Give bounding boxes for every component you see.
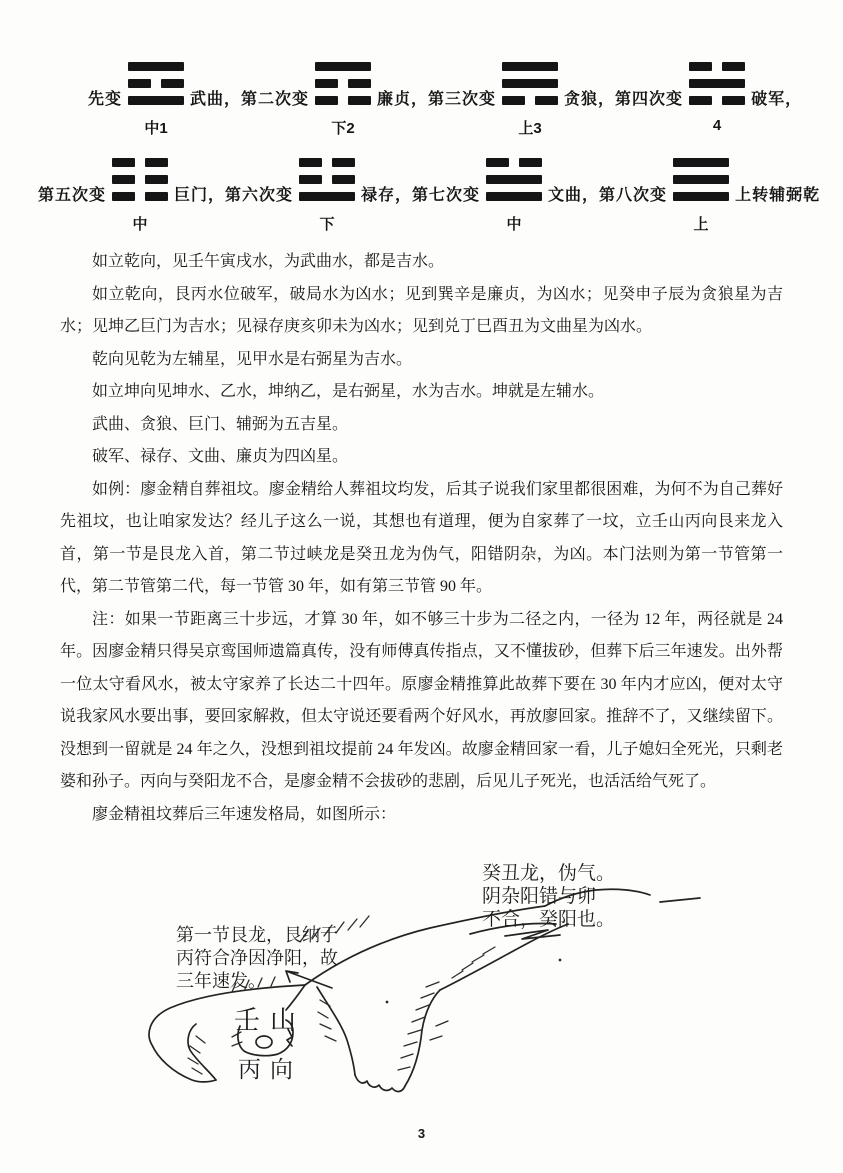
- trigram-kan: 4: [689, 62, 745, 105]
- trigram-qian: 上: [673, 158, 729, 201]
- landform-figure: 癸丑龙，伪气。 阴杂阳错与卯 不合，癸阳也。 第一节艮龙，艮纳于 丙符合净因净阳…: [0, 840, 843, 1140]
- trigram-solid-line: [689, 79, 745, 88]
- trigram-dui: 中: [486, 158, 542, 201]
- trigram-position-label: 上: [673, 213, 729, 234]
- trigram-broken-line: [689, 62, 745, 71]
- trigram-solid-line: [502, 79, 558, 88]
- chart-row-second-cycle: 第五次变 中 巨门，第六次变 下 禄存，第七次变 中 文曲，第八次变 上 上转辅…: [36, 158, 843, 201]
- chart-caption: 第五次变: [38, 182, 106, 205]
- trigram-solid-line: [128, 96, 184, 105]
- chart-caption: 文曲，第八次变: [548, 182, 667, 205]
- trigram-broken-line: [299, 158, 355, 167]
- sketch-right-annotation: 癸丑龙，伪气。 阴杂阳错与卯 不合，癸阳也。: [482, 862, 615, 931]
- trigram-broken-line: [689, 96, 745, 105]
- landform-sketch: [0, 840, 843, 1140]
- trigram-position-label: 中: [486, 213, 542, 234]
- trigram-position-label: 4: [689, 117, 745, 134]
- trigram-gen: 下2: [315, 62, 371, 105]
- trigram-broken-line: [299, 175, 355, 184]
- grave-circle: [256, 1036, 272, 1048]
- paragraph: 如立坤向见坤水、乙水，坤纳乙，是右弼星，水为吉水。坤就是左辅水。: [60, 376, 783, 409]
- trigram-broken-line: [315, 96, 371, 105]
- chart-caption: 贪狼，第四次变: [564, 86, 683, 109]
- chart-caption: 巨门，第六次变: [174, 182, 293, 205]
- trigram-solid-line: [502, 62, 558, 71]
- trigram-solid-line: [673, 175, 729, 184]
- paragraph: 如例：廖金精自葬祖坟。廖金精给人葬祖坟均发，后其子说我们家里都很困难，为何不为自…: [60, 474, 783, 604]
- ink-specks: [386, 959, 562, 1004]
- paragraph: 注：如果一节距离三十步远，才算 30 年，如不够三十步为二径之内，一径为 12 …: [60, 604, 783, 799]
- trigram-broken-line: [112, 158, 168, 167]
- trigram-broken-line: [112, 175, 168, 184]
- scanned-document-page: 先变 中1 武曲，第二次变 下2 廉贞，第三次变 上3 贪狼，第四次变 4 破军…: [0, 0, 843, 1173]
- trigram-position-label: 上3: [502, 117, 558, 138]
- trigram-broken-line: [502, 96, 558, 105]
- chart-caption: 武曲，第二次变: [190, 86, 309, 109]
- paragraph: 如立乾向，艮丙水位破军，破局水为凶水；见到巽辛是廉贞，为凶水；见癸申子辰为贪狼星…: [60, 279, 783, 344]
- trigram-solid-line: [486, 192, 542, 201]
- mound-tail: [188, 1024, 216, 1080]
- trigram-broken-line: [315, 79, 371, 88]
- dragon-leg-toes: [355, 1075, 405, 1092]
- trigram-position-label: 中1: [128, 117, 184, 138]
- paragraph: 破军、禄存、文曲、廉贞为四凶星。: [60, 441, 783, 474]
- page-number: 3: [0, 1126, 843, 1141]
- sketch-left-annotation: 第一节艮龙，艮纳于 丙符合净因净阳，故 三年速发。: [176, 924, 338, 993]
- trigram-zhen: 下: [299, 158, 355, 201]
- paragraph: 如立乾向，见壬午寅戌水，为武曲水，都是吉水。: [60, 246, 783, 279]
- chart-caption: 廉贞，第三次变: [377, 86, 496, 109]
- paragraph: 廖金精祖坟葬后三年速发格局，如图所示：: [60, 799, 783, 832]
- trigram-solid-line: [673, 192, 729, 201]
- paragraph: 乾向见乾为左辅星，见甲水是右弼星为吉水。: [60, 344, 783, 377]
- paragraph: 武曲、贪狼、巨门、辅弼为五吉星。: [60, 409, 783, 442]
- trigram-solid-line: [486, 175, 542, 184]
- dragon-leg-left-edge: [317, 987, 355, 1075]
- chart-row-first-cycle: 先变 中1 武曲，第二次变 下2 廉贞，第三次变 上3 贪狼，第四次变 4 破军…: [86, 62, 843, 105]
- trigram-broken-line: [128, 79, 184, 88]
- dragon-ridge-lower: [440, 924, 568, 990]
- chart-caption: 先变: [88, 86, 122, 109]
- trigram-broken-line: [112, 192, 168, 201]
- trigram-solid-line: [128, 62, 184, 71]
- trigram-position-label: 中: [112, 213, 168, 234]
- trigram-position-label: 下2: [315, 117, 371, 138]
- trigram-solid-line: [315, 62, 371, 71]
- trigram-kun: 中: [112, 158, 168, 201]
- trigram-solid-line: [299, 192, 355, 201]
- trigram-position-label: 下: [299, 213, 355, 234]
- chart-caption: 禄存，第七次变: [361, 182, 480, 205]
- trigram-li: 中1: [128, 62, 184, 105]
- body-text: 如立乾向，见壬午寅戌水，为武曲水，都是吉水。 如立乾向，艮丙水位破军，破局水为凶…: [60, 246, 783, 831]
- chart-caption: 破军，: [751, 86, 802, 109]
- trigram-chart: 先变 中1 武曲，第二次变 下2 廉贞，第三次变 上3 贪狼，第四次变 4 破军…: [0, 62, 843, 201]
- trigram-broken-line: [486, 158, 542, 167]
- chart-caption: 上转辅弼乾: [735, 182, 820, 205]
- facing-direction-label: 丙向: [238, 1051, 302, 1084]
- site-name-label: 壬山: [234, 1000, 306, 1037]
- trigram-solid-line: [673, 158, 729, 167]
- trigram-xun: 上3: [502, 62, 558, 105]
